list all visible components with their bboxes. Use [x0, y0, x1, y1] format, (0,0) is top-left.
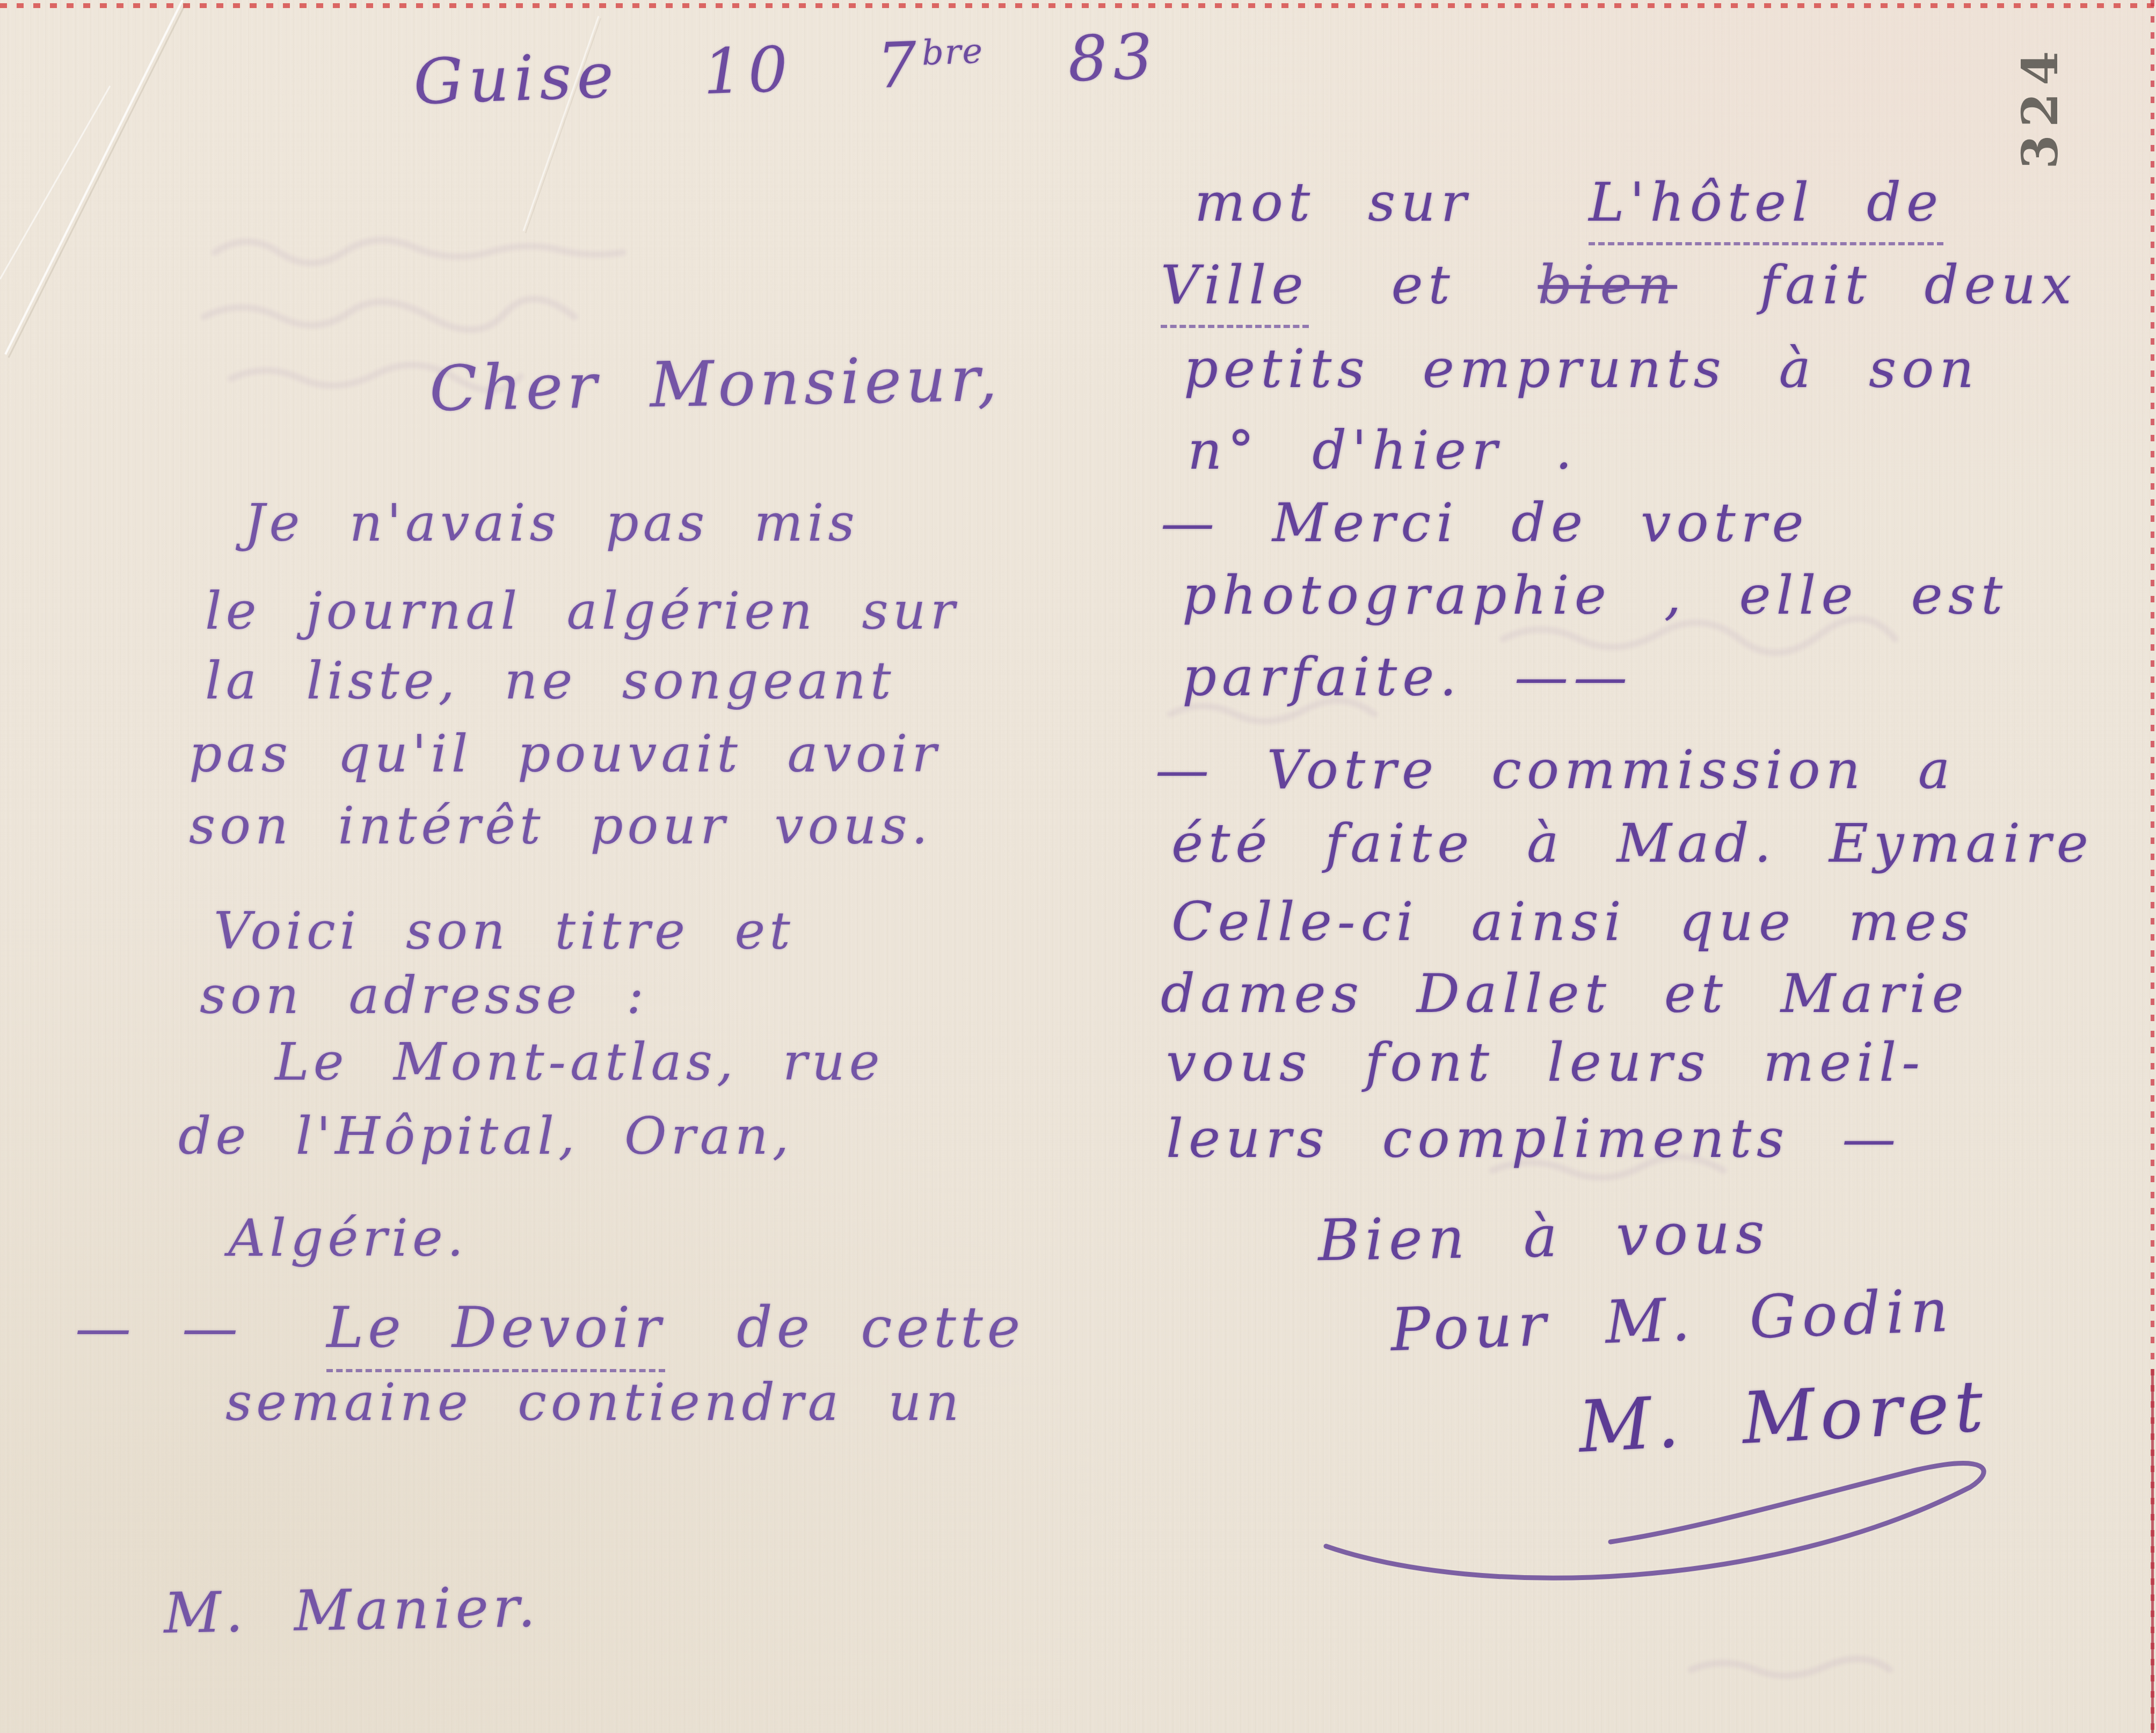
letter-line: son intérêt pour vous.: [189, 796, 932, 856]
letter-line: vous font leurs meil-: [1166, 1031, 1925, 1094]
letter-line: Le Mont-atlas, rue: [275, 1032, 884, 1092]
letter-line-text: de cette: [737, 1295, 1024, 1360]
letter-line: dames Dallet et Marie: [1161, 962, 1969, 1025]
letter-line: photographie , elle est: [1182, 564, 2008, 627]
archive-number-stamp: 324: [1986, 62, 2094, 169]
struck-word: bien: [1538, 253, 1678, 316]
letter-page: 324 Guise 10 7bre 83 Cher Monsieur, Je n…: [0, 0, 2156, 1733]
underlined-hotel-de: L'hôtel de: [1589, 171, 1943, 245]
letter-line: petits emprunts à son: [1184, 337, 1979, 400]
dateline-month-superscript: bre: [921, 31, 985, 73]
letter-line: Voici son titre et: [214, 901, 795, 961]
letter-line: Algérie.: [228, 1208, 468, 1268]
letter-line: — Votre commission a: [1155, 738, 1955, 801]
letter-line-le-devoir: — — Le Devoir de cette: [75, 1295, 1024, 1360]
letter-line: pas qu'il pouvait avoir: [189, 724, 941, 784]
letter-line: de l'Hôpital, Oran,: [178, 1106, 793, 1166]
dateline-year: 83: [1067, 20, 1159, 96]
letter-line: mot sur L'hôtel de: [1194, 171, 1943, 234]
letter-line: parfaite. ——: [1182, 645, 1633, 708]
letter-line: la liste, ne songeant: [205, 651, 895, 711]
signature-flourish: [1278, 1385, 2083, 1611]
letter-line: semaine contiendra un: [225, 1372, 963, 1432]
addressee: M. Manier.: [163, 1574, 540, 1646]
margin-dashes: — —: [75, 1295, 242, 1360]
letter-line: leurs compliments —: [1166, 1107, 1901, 1170]
letter-line: le journal algérien sur: [205, 581, 959, 641]
letter-line: Ville et bien fait deux: [1161, 253, 2077, 316]
letter-line: son adresse :: [200, 965, 648, 1025]
letter-line: Celle-ci ainsi que mes: [1171, 890, 1975, 953]
letter-line: — Merci de votre: [1161, 491, 1809, 554]
underlined-title: Le Devoir: [326, 1295, 665, 1372]
letter-line-text: fait deux: [1760, 253, 2077, 316]
letter-line: Je n'avais pas mis: [244, 493, 859, 553]
letter-line: n° d'hier .: [1188, 419, 1578, 482]
salutation: Cher Monsieur,: [429, 343, 1002, 426]
letter-line-text: mot sur: [1194, 171, 1472, 234]
underlined-ville: Ville: [1161, 253, 1309, 328]
closing-line: Bien à vous: [1317, 1200, 1771, 1274]
letter-line-text: et: [1391, 253, 1455, 316]
letter-line: été faite à Mad. Eymaire: [1171, 812, 2094, 875]
